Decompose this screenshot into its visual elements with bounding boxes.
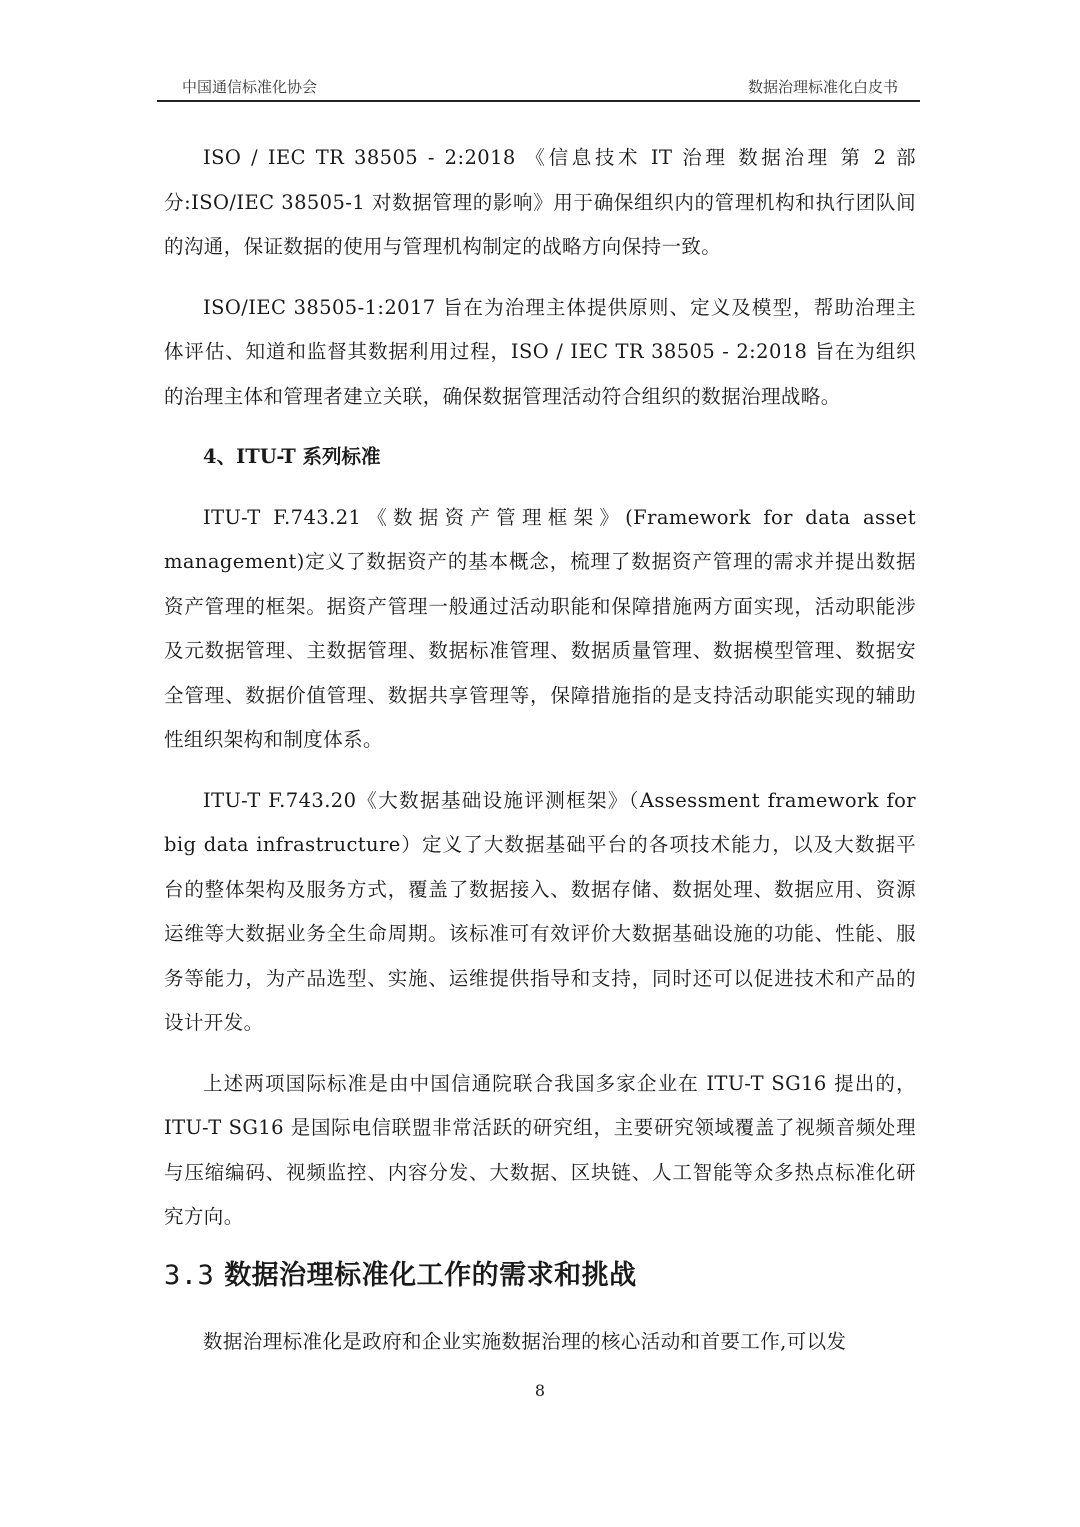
header-divider [157,100,920,102]
section-heading: 3.3 数据治理标准化工作的需求和挑战 [164,1256,916,1296]
page-number: 8 [0,1381,1080,1400]
header-organization: 中国通信标准化协会 [182,76,317,97]
subheading-itu-t: 4、ITU-T 系列标准 [164,435,916,480]
page-header: 中国通信标准化协会 数据治理标准化白皮书 [162,76,918,98]
paragraph-section-intro: 数据治理标准化是政府和企业实施数据治理的核心活动和首要工作,可以发 [164,1320,916,1365]
paragraph-itu-f743-21: ITU-T F.743.21《数据资产管理框架》(Framework for d… [164,496,916,763]
header-document-title: 数据治理标准化白皮书 [748,76,898,97]
section-title: 数据治理标准化工作的需求和挑战 [224,1260,637,1291]
paragraph-iso-38505-1: ISO/IEC 38505-1:2017 旨在为治理主体提供原则、定义及模型，帮… [164,286,916,420]
page-body: ISO / IEC TR 38505 - 2:2018 《信息技术 IT 治理 … [164,136,916,1380]
paragraph-sg16: 上述两项国际标准是由中国信通院联合我国多家企业在 ITU-T SG16 提出的，… [164,1062,916,1240]
paragraph-itu-f743-20: ITU-T F.743.20《大数据基础设施评测框架》（Assessment f… [164,779,916,1046]
section-number: 3.3 [164,1260,214,1291]
paragraph-iso-38505-2: ISO / IEC TR 38505 - 2:2018 《信息技术 IT 治理 … [164,136,916,270]
